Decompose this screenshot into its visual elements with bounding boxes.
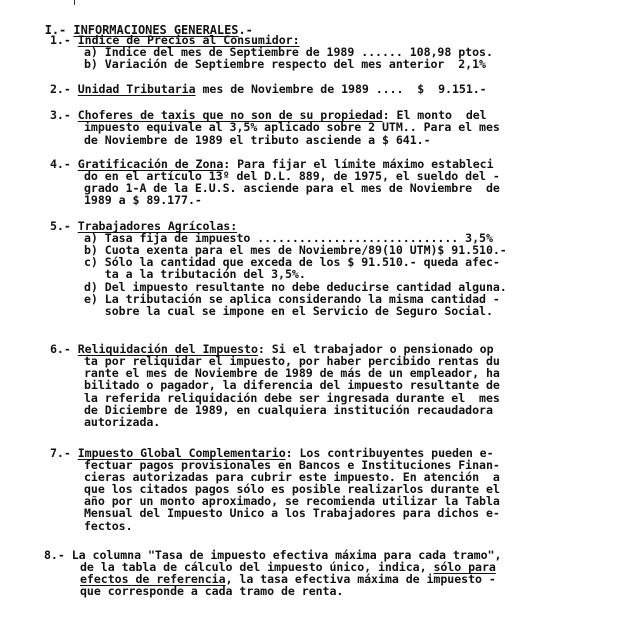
item-7-line: fectos.: [84, 519, 133, 533]
item-1-line-b: b) Variación de Septiembre respecto del …: [84, 57, 486, 71]
item-number: 7.-: [50, 446, 71, 460]
item-number: 2.-: [50, 82, 71, 96]
item-number: 5.-: [50, 219, 71, 233]
item-number: 3.-: [50, 108, 71, 122]
item-7-line: Mensual del Impuesto Unico a los Trabaja…: [84, 506, 500, 520]
item-number: 1.-: [50, 33, 71, 47]
item-text: mes de Noviembre de 1989 .... $ 9.151.-: [196, 82, 487, 96]
item-3-line: impuesto equivale al 3,5% aplicado sobre…: [84, 120, 500, 134]
document-page: I.- INFORMACIONES GENERALES.- 1.- Indice…: [0, 0, 630, 620]
item-number: 4.-: [50, 157, 71, 171]
item-number: 6.-: [50, 342, 71, 356]
item-5-line-c-cont: ta a la tributación del 3,5%.: [84, 267, 306, 281]
item-6-line: autorizada.: [84, 415, 160, 429]
item-8-line-4: que corresponde a cada tramo de renta.: [80, 584, 343, 598]
item-heading: Unidad Tributaria: [78, 82, 196, 96]
item-6-line: bilitado o pagador, la diferencia del im…: [84, 378, 500, 392]
item-5-line-e-cont: sobre la cual se impone en el Servicio d…: [84, 304, 493, 318]
item-2-heading-line: 2.- Unidad Tributaria mes de Noviembre d…: [50, 82, 487, 96]
item-3-line: de Noviembre de 1989 el tributo asciende…: [84, 133, 431, 147]
scan-artifact: [74, 0, 75, 5]
item-4-line: 1989 a $ 89.177.-: [84, 193, 202, 207]
item-number: 8.-: [44, 548, 65, 562]
